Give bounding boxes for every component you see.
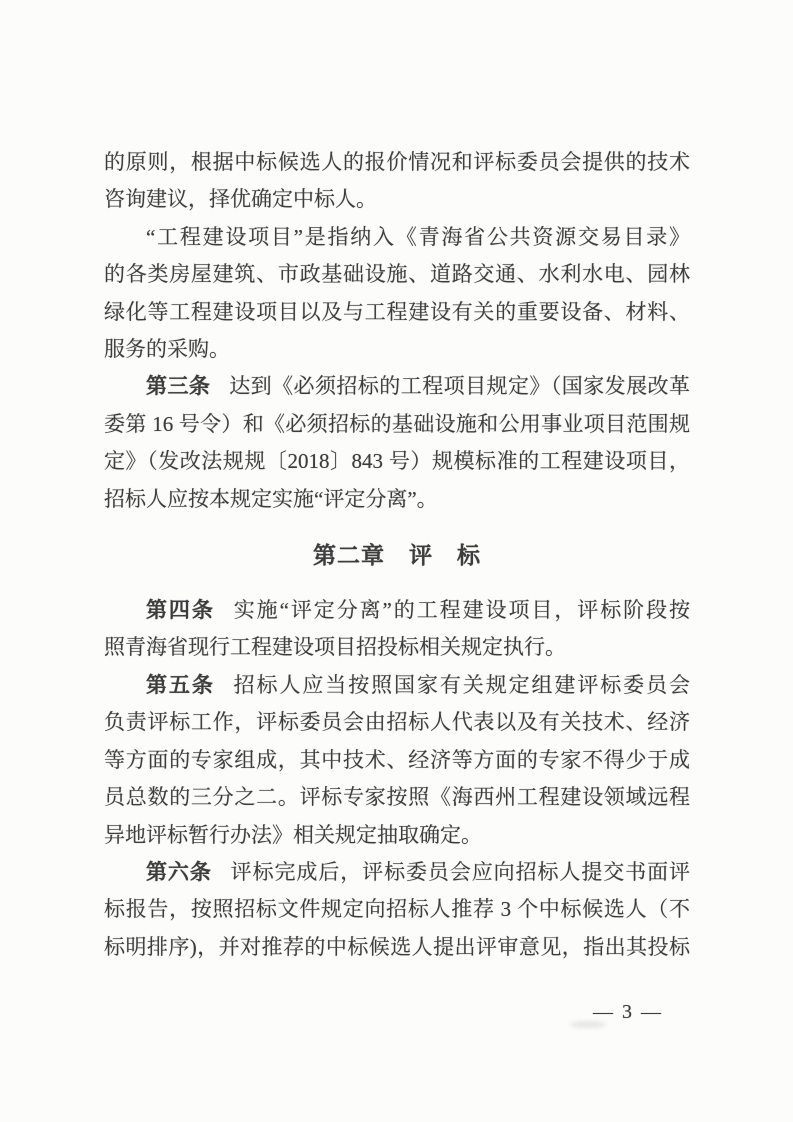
text-line: 第三条达到《必须招标的工程项目规定》（国家发展改革 — [104, 368, 690, 405]
article-5-text: 招标人应当按照国家有关规定组建评标委员会 — [234, 673, 690, 697]
paragraph-article-5: 第五条招标人应当按照国家有关规定组建评标委员会 负责评标工作，评标委员会由招标人… — [104, 667, 690, 854]
article-6-number: 第六条 — [146, 860, 212, 884]
text-line: 等方面的专家组成，其中技术、经济等方面的专家不得少于成 — [104, 742, 690, 779]
text-line: 标明排序)，并对推荐的中标候选人提出评审意见，指出其投标 — [104, 929, 690, 966]
text-line: 标报告，按照招标文件规定向招标人推荐 3 个中标候选人（不 — [104, 891, 690, 928]
article-3-text: 达到《必须招标的工程项目规定》（国家发展改革 — [229, 374, 690, 398]
text-line: 定》（发改法规规〔2018〕843 号）规模标准的工程建设项目， — [104, 443, 690, 480]
text-line: 绿化等工程建设项目以及与工程建设有关的重要设备、材料、 — [104, 294, 690, 331]
page-number: — 3 — — [593, 1001, 663, 1024]
text-line: 的各类房屋建筑、市政基础设施、道路交通、水利水电、园林 — [104, 256, 690, 293]
scanned-document-page: 的原则，根据中标候选人的报价情况和评标委员会提供的技术 咨询建议，择优确定中标人… — [0, 0, 793, 1122]
scan-smudge-mark — [570, 1021, 606, 1028]
paragraph-article-6: 第六条评标完成后，评标委员会应向招标人提交书面评 标报告，按照招标文件规定向招标… — [104, 854, 690, 966]
paragraph-article-4: 第四条实施“评定分离”的工程建设项目，评标阶段按 照青海省现行工程建设项目招投标… — [104, 592, 690, 667]
article-3-number: 第三条 — [146, 374, 210, 398]
text-line: 服务的采购。 — [104, 331, 690, 368]
paragraph-continued: 的原则，根据中标候选人的报价情况和评标委员会提供的技术 咨询建议，择优确定中标人… — [104, 144, 690, 219]
text-line: “工程建设项目”是指纳入《青海省公共资源交易目录》 — [104, 219, 690, 256]
text-line: 招标人应按本规定实施“评定分离”。 — [104, 481, 690, 518]
article-4-number: 第四条 — [146, 598, 215, 622]
text-line: 第五条招标人应当按照国家有关规定组建评标委员会 — [104, 667, 690, 704]
text-line: 异地评标暂行办法》相关规定抽取确定。 — [104, 817, 690, 854]
text-line: 咨询建议，择优确定中标人。 — [104, 181, 690, 218]
text-line: 照青海省现行工程建设项目招投标相关规定执行。 — [104, 629, 690, 666]
text-line: 第六条评标完成后，评标委员会应向招标人提交书面评 — [104, 854, 690, 891]
chapter-2-heading: 第二章 评 标 — [104, 536, 690, 574]
text-line: 委第 16 号令）和《必须招标的基础设施和公用事业项目范围规 — [104, 406, 690, 443]
article-6-text: 评标完成后，评标委员会应向招标人提交书面评 — [231, 860, 690, 884]
text-line: 的原则，根据中标候选人的报价情况和评标委员会提供的技术 — [104, 144, 690, 181]
text-line: 员总数的三分之二。评标专家按照《海西州工程建设领域远程 — [104, 779, 690, 816]
article-4-text: 实施“评定分离”的工程建设项目，评标阶段按 — [234, 598, 690, 622]
document-body: 的原则，根据中标候选人的报价情况和评标委员会提供的技术 咨询建议，择优确定中标人… — [104, 144, 690, 966]
article-5-number: 第五条 — [146, 673, 215, 697]
paragraph-project-definition: “工程建设项目”是指纳入《青海省公共资源交易目录》 的各类房屋建筑、市政基础设施… — [104, 219, 690, 369]
paragraph-article-3: 第三条达到《必须招标的工程项目规定》（国家发展改革 委第 16 号令）和《必须招… — [104, 368, 690, 518]
text-line: 负责评标工作，评标委员会由招标人代表以及有关技术、经济 — [104, 704, 690, 741]
text-line: 第四条实施“评定分离”的工程建设项目，评标阶段按 — [104, 592, 690, 629]
